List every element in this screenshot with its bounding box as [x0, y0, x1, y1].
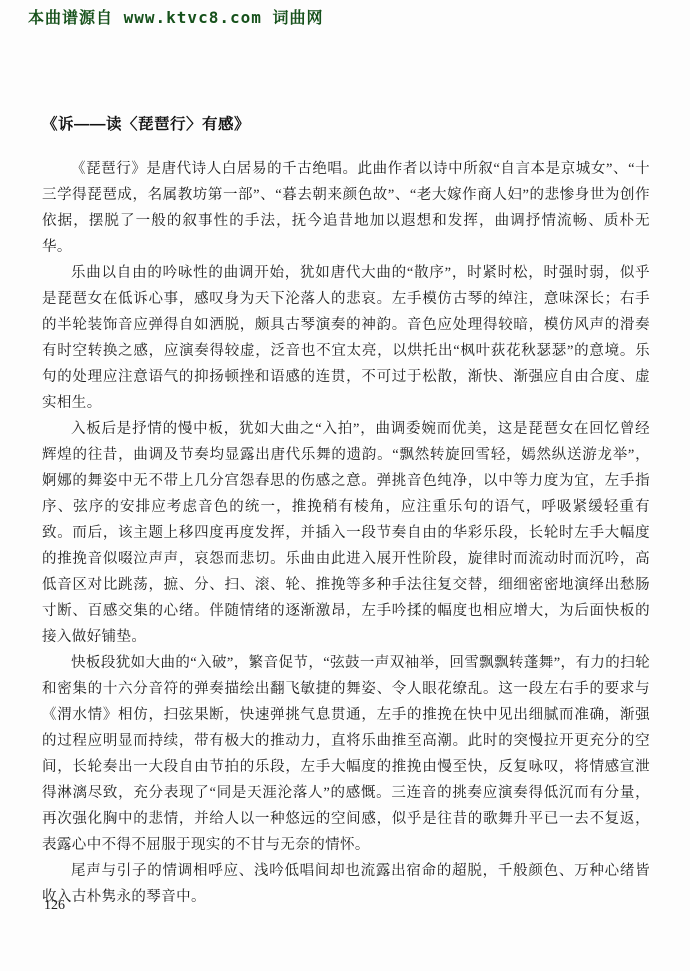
watermark-text: 本曲谱源自 www.ktvc8.com 词曲网 [28, 5, 324, 28]
paragraph-opening-section: 乐曲以自由的吟咏性的曲调开始，犹如唐代大曲的“散序”，时紧时松，时强时弱，似乎是… [42, 260, 650, 416]
article-title: 《诉——读〈琵琶行〉有感》 [42, 112, 650, 134]
paragraph-slow-middle-section: 入板后是抒情的慢中板，犹如大曲之“入拍”，曲调委婉而优美，这是琵琶女在回忆曾经辉… [42, 416, 650, 650]
scanned-document-page: 本曲谱源自 www.ktvc8.com 词曲网 《诉——读〈琵琶行〉有感》 《琵… [0, 0, 690, 971]
article: 《诉——读〈琵琶行〉有感》 《琵琶行》是唐代诗人白居易的千古绝唱。此曲作者以诗中… [42, 112, 650, 910]
paragraph-fast-section: 快板段犹如大曲的“入破”，繁音促节，“弦鼓一声双袖举，回雪飘飘转蓬舞”，有力的扫… [42, 650, 650, 858]
paragraph-intro: 《琵琶行》是唐代诗人白居易的千古绝唱。此曲作者以诗中所叙“自言本是京城女”、“十… [42, 156, 650, 260]
page-number: 126 [44, 898, 65, 914]
paragraph-coda: 尾声与引子的情调相呼应、浅吟低唱间却也流露出宿命的超脱，千般颜色、万种心绪皆收入… [42, 858, 650, 910]
